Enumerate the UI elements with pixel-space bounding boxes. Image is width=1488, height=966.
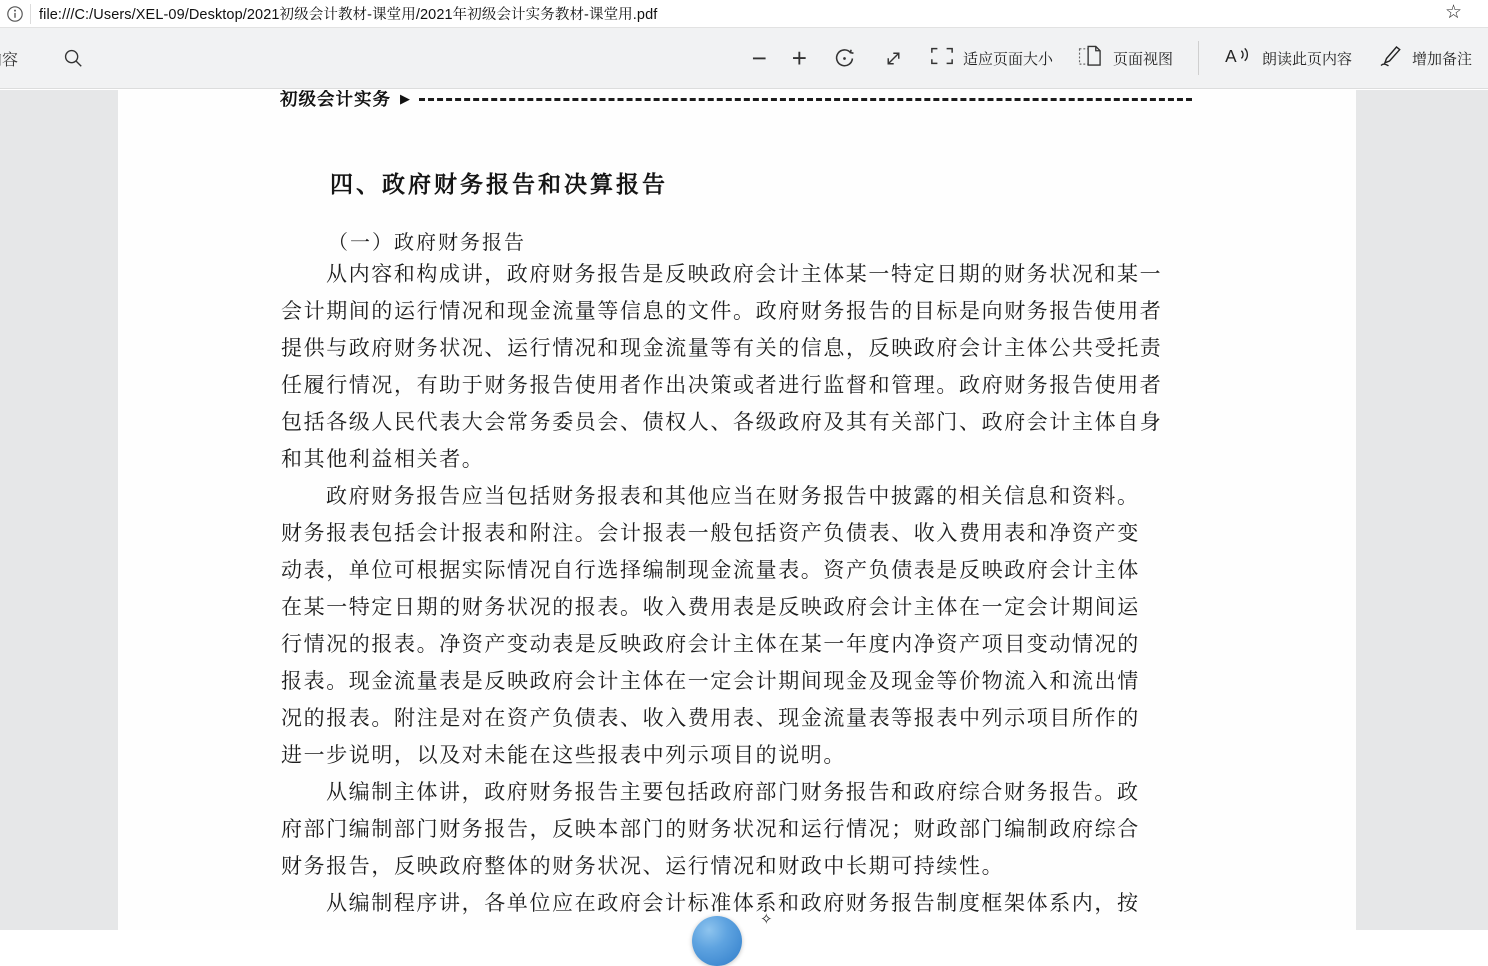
toolbar-separator bbox=[1198, 41, 1199, 75]
text-line: 从内容和构成讲，政府财务报告是反映政府会计主体某一特定日期的财务状况和某一 bbox=[281, 256, 1199, 293]
mouse-cursor-icon: ✧ bbox=[760, 910, 773, 928]
text-line: 府部门编制部门财务报告，反映本部门的财务状况和运行情况；财政部门编制政府综合 bbox=[281, 811, 1199, 848]
running-header: 初级会计实务 ▶ bbox=[280, 90, 1192, 111]
read-aloud-button[interactable]: A 朗读此页内容 bbox=[1224, 45, 1352, 71]
text-line: 会计期间的运行情况和现金流量等信息的文件。政府财务报告的目标是向财务报告使用者 bbox=[281, 293, 1199, 330]
text-line: 进一步说明，以及对未能在这些报表中列示项目的说明。 bbox=[281, 737, 1199, 774]
url-bar: file:///C:/Users/XEL-09/Desktop/2021初级会计… bbox=[0, 0, 1488, 28]
pdf-page: 初级会计实务 ▶ 四、政府财务报告和决算报告 （一）政府财务报告 从内容和构成讲… bbox=[118, 90, 1356, 930]
add-notes-button[interactable]: 增加备注 bbox=[1377, 44, 1472, 72]
rotate-icon[interactable] bbox=[832, 46, 857, 71]
text-line: 从编制程序讲，各单位应在政府会计标准体系和政府财务报告制度框架体系内，按 bbox=[281, 885, 1199, 922]
contents-label-clipped[interactable]: 内容 bbox=[0, 47, 18, 70]
text-line: 从编制主体讲，政府财务报告主要包括政府部门财务报告和政府综合财务报告。政 bbox=[281, 774, 1199, 811]
fullscreen-expand-icon[interactable] bbox=[882, 47, 905, 70]
pdf-toolbar: 内容 − + bbox=[0, 28, 1488, 89]
text-line: 包括各级人民代表大会常务委员会、债权人、各级政府及其有关部门、政府会计主体自身 bbox=[281, 404, 1199, 441]
read-aloud-icon: A bbox=[1224, 45, 1253, 71]
page-view-button[interactable]: 页面视图 bbox=[1078, 45, 1173, 71]
zoom-in-button[interactable]: + bbox=[792, 45, 807, 71]
text-line: 况的报表。附注是对在资产负债表、收入费用表、现金流量表等报表中列示项目所作的 bbox=[281, 700, 1199, 737]
text-line: 提供与政府财务状况、运行情况和现金流量等有关的信息，反映政府会计主体公共受托责 bbox=[281, 330, 1199, 367]
text-line: 报表。现金流量表是反映政府会计主体在一定会计期间现金及现金等价物流入和流出情 bbox=[281, 663, 1199, 700]
text-line: 在某一特定日期的财务状况的报表。收入费用表是反映政府会计主体在一定会计期间运 bbox=[281, 589, 1199, 626]
fit-page-button[interactable]: 适应页面大小 bbox=[930, 46, 1053, 70]
address-url[interactable]: file:///C:/Users/XEL-09/Desktop/2021初级会计… bbox=[39, 3, 657, 24]
body-text: 从内容和构成讲，政府财务报告是反映政府会计主体某一特定日期的财务状况和某一会计期… bbox=[281, 256, 1199, 922]
fit-page-label: 适应页面大小 bbox=[963, 48, 1053, 69]
text-line: 任履行情况，有助于财务报告使用者作出决策或者进行监督和管理。政府财务报告使用者 bbox=[281, 367, 1199, 404]
text-line: 政府财务报告应当包括财务报表和其他应当在财务报告中披露的相关信息和资料。 bbox=[281, 478, 1199, 515]
read-aloud-label: 朗读此页内容 bbox=[1262, 48, 1352, 69]
text-line: 财务报告，反映政府整体的财务状况、运行情况和财政中长期可持续性。 bbox=[281, 848, 1199, 885]
urlbar-divider bbox=[30, 4, 31, 24]
page-info-icon[interactable] bbox=[0, 5, 30, 23]
running-header-dashed-rule bbox=[419, 98, 1192, 101]
section-title: 四、政府财务报告和决算报告 bbox=[330, 166, 668, 199]
search-icon[interactable] bbox=[62, 47, 84, 69]
zoom-out-button[interactable]: − bbox=[752, 45, 767, 71]
text-line: 财务报表包括会计报表和附注。会计报表一般包括资产负债表、收入费用表和净资产变 bbox=[281, 515, 1199, 552]
pdf-canvas[interactable]: 初级会计实务 ▶ 四、政府财务报告和决算报告 （一）政府财务报告 从内容和构成讲… bbox=[0, 90, 1488, 930]
svg-text:A: A bbox=[1225, 46, 1237, 66]
favorite-star-icon[interactable]: ☆ bbox=[1445, 1, 1462, 24]
fit-page-icon bbox=[930, 46, 954, 70]
subsection-title: （一）政府财务报告 bbox=[328, 226, 526, 255]
text-line: 行情况的报表。净资产变动表是反映政府会计主体在某一年度内净资产项目变动情况的 bbox=[281, 626, 1199, 663]
text-line: 和其他利益相关者。 bbox=[281, 441, 1199, 478]
text-line: 动表，单位可根据实际情况自行选择编制现金流量表。资产负债表是反映政府会计主体 bbox=[281, 552, 1199, 589]
running-header-arrow-icon: ▶ bbox=[400, 91, 410, 107]
page-view-icon bbox=[1078, 45, 1104, 71]
page-view-label: 页面视图 bbox=[1113, 48, 1173, 69]
pen-icon bbox=[1377, 44, 1403, 72]
running-header-title: 初级会计实务 bbox=[280, 90, 391, 111]
add-notes-label: 增加备注 bbox=[1412, 48, 1472, 69]
